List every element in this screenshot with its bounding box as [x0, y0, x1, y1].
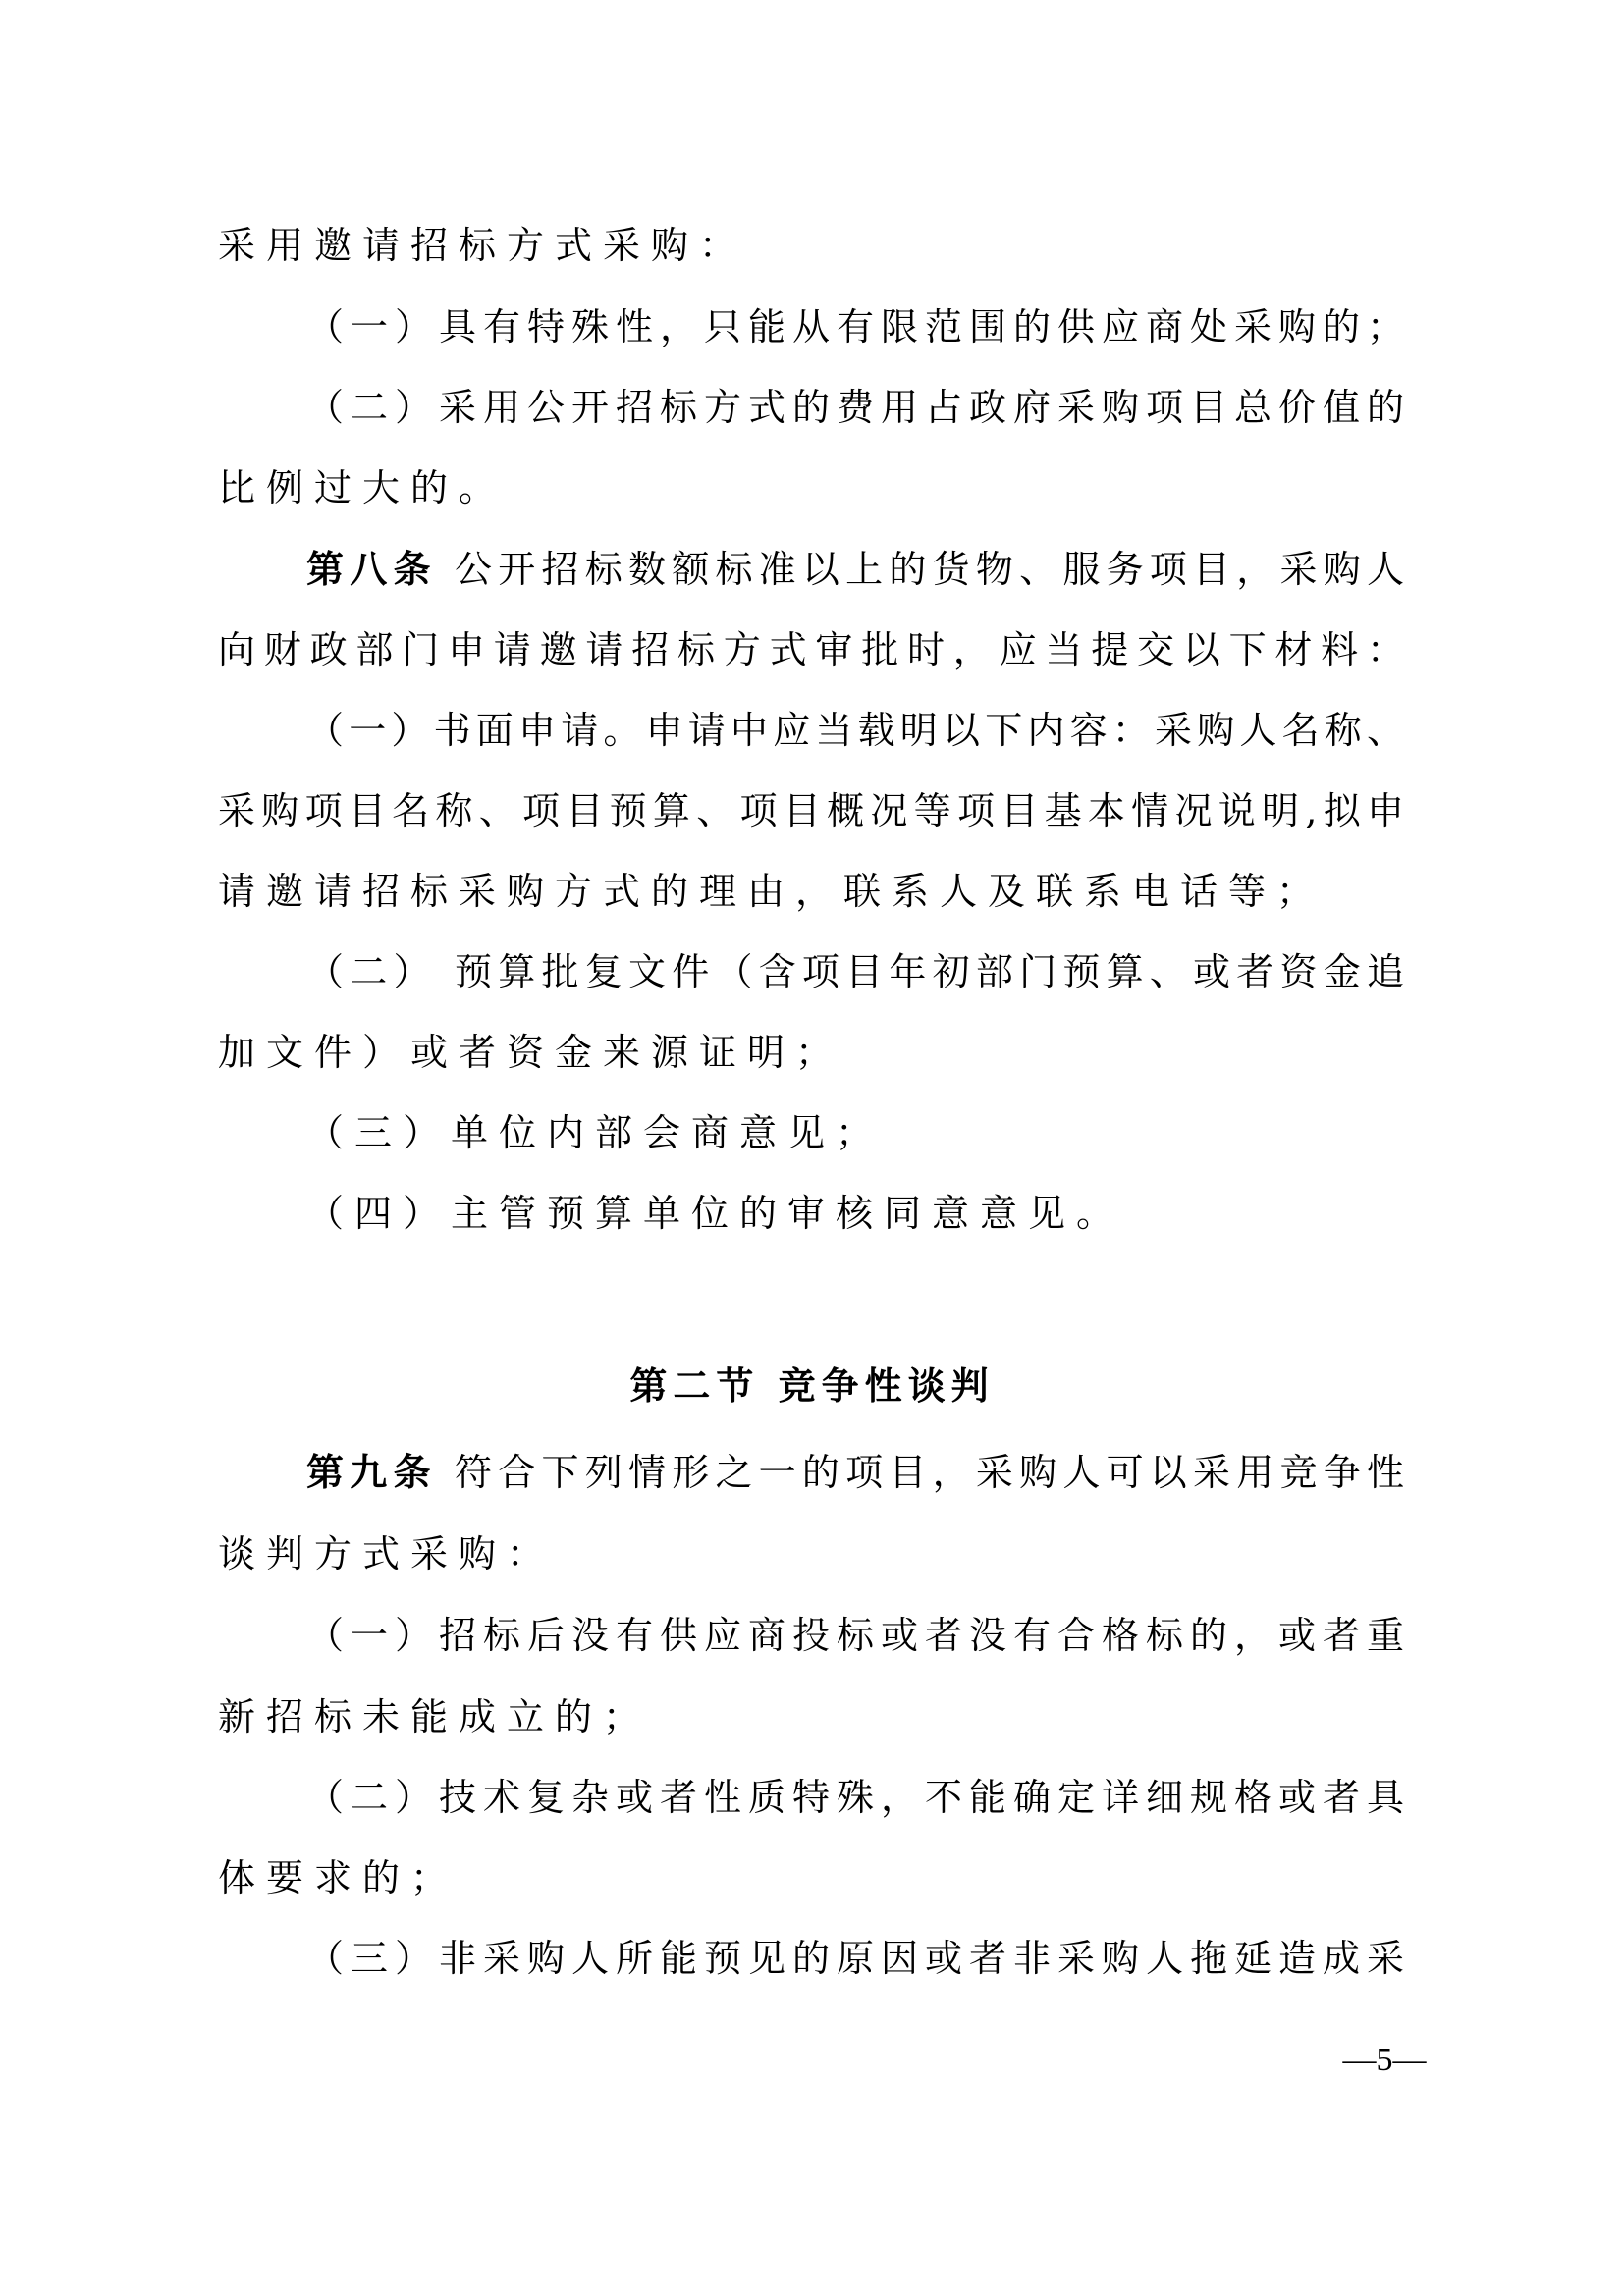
section-heading: 第二节 竞争性谈判 [0, 1362, 1624, 1411]
text-line: 谈判方式采购： [218, 1529, 1406, 1578]
text-line: （四）主管预算单位的审核同意意见。 [306, 1189, 1406, 1238]
text-line: 加文件）或者资金来源证明； [218, 1028, 1406, 1077]
article-label: 第九条 [306, 1451, 437, 1494]
text-line: （一）书面申请。申请中应当载明以下内容：采购人名称、 [306, 706, 1406, 755]
article-text: 符合下列情形之一的项目，采购人可以采用竞争性 [437, 1451, 1406, 1494]
text-line: （三）单位内部会商意见； [306, 1108, 1406, 1157]
article-label: 第八条 [306, 548, 437, 591]
text-line: 体要求的； [218, 1853, 1406, 1902]
page-number: —5— [1326, 2042, 1443, 2079]
text-line: 向财政部门申请邀请招标方式审批时，应当提交以下材料： [218, 625, 1406, 674]
text-line: 采用邀请招标方式采购： [218, 221, 1406, 270]
text-line: 新招标未能成立的； [218, 1692, 1406, 1741]
text-line: 比例过大的。 [218, 463, 1406, 512]
article-9-line: 第九条 符合下列情形之一的项目，采购人可以采用竞争性 [306, 1448, 1406, 1497]
article-text: 公开招标数额标准以上的货物、服务项目，采购人 [437, 548, 1406, 591]
text-line: （三）非采购人所能预见的原因或者非采购人拖延造成采 [306, 1934, 1406, 1983]
text-line: （一）具有特殊性，只能从有限范围的供应商处采购的； [306, 302, 1406, 351]
article-8-line: 第八条 公开招标数额标准以上的货物、服务项目，采购人 [306, 545, 1406, 594]
text-line: 请邀请招标采购方式的理由，联系人及联系电话等； [218, 867, 1406, 916]
text-line: （二） 预算批复文件（含项目年初部门预算、或者资金追 [306, 947, 1406, 996]
text-line: 采购项目名称、项目预算、项目概况等项目基本情况说明,拟申 [218, 786, 1406, 835]
document-page: 采用邀请招标方式采购： （一）具有特殊性，只能从有限范围的供应商处采购的； （二… [0, 0, 1624, 2296]
text-line: （一）招标后没有供应商投标或者没有合格标的，或者重 [306, 1611, 1406, 1660]
text-line: （二）采用公开招标方式的费用占政府采购项目总价值的 [306, 383, 1406, 432]
text-line: （二）技术复杂或者性质特殊，不能确定详细规格或者具 [306, 1773, 1406, 1822]
